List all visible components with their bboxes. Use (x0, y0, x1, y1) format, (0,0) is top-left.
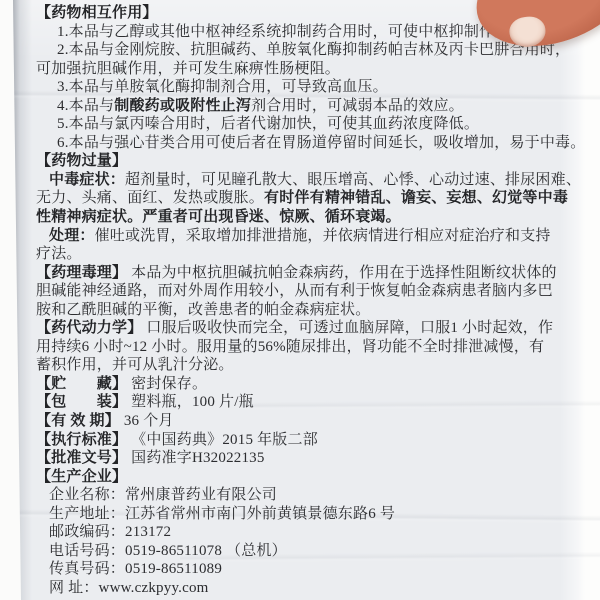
bold-text-segment: 制酸药或吸附性止泻 (114, 98, 251, 114)
bold-text-segment: 性精神病症状。严重者可出现昏迷、惊厥、循环衰竭。 (36, 209, 401, 225)
text-segment: 疗法。 (36, 246, 82, 262)
text-segment: 网 址：www.czkpyy.com (49, 580, 209, 596)
text-line: 【批准文号】 国药准字H32022135 (36, 449, 576, 468)
text-segment: 用持续6 小时~12 小时。服用量的56%随尿排出，肾功能不全时排泄减慢，有 (36, 339, 544, 355)
text-segment: 生产地址：江苏省常州市南门外前黄镇景德东路6 号 (49, 506, 395, 522)
text-segment: 4.本品与 (57, 98, 114, 114)
text-segment: 密封保存。 (127, 376, 207, 392)
text-line: 性精神病症状。严重者可出现昏迷、惊厥、循环衰竭。 (36, 208, 576, 227)
bold-text-segment: 【药物过量】 (36, 153, 127, 169)
text-line: 用持续6 小时~12 小时。服用量的56%随尿排出，肾功能不全时排泄减慢，有 (36, 338, 576, 357)
text-line: 疗法。 (36, 245, 576, 264)
text-segment: 电话号码：0519-86511078 （总机） (49, 543, 287, 559)
text-line: 生产地址：江苏省常州市南门外前黄镇景德东路6 号 (36, 505, 576, 524)
text-line: 【包 装】 塑料瓶，100 片/瓶 (36, 393, 576, 412)
text-line: 电话号码：0519-86511078 （总机） (36, 542, 576, 561)
text-line: 【有 效 期】 36 个月 (36, 412, 576, 431)
leaflet-text: 【药物相互作用】1.本品与乙醇或其他中枢神经系统抑制药合用时，可使中枢抑制作用加… (36, 4, 576, 598)
text-line: 胺和乙酰胆碱的平衡，改善患者的帕金森病症状。 (36, 301, 576, 320)
text-line: 4.本品与制酸药或吸附性止泻剂合用时，可减弱本品的效应。 (36, 97, 576, 116)
bold-text-segment: 【生产企业】 (36, 469, 127, 485)
text-line: 【药代动力学】 口服后吸收快而完全，可透过血脑屏障，口服1 小时起效，作 (36, 319, 576, 338)
text-segment: 无力、头痛、面红、发热或腹胀。 (36, 190, 264, 206)
bold-text-segment: 【药代动力学】 (36, 320, 142, 336)
text-line: 企业名称：常州康普药业有限公司 (36, 486, 576, 505)
bold-text-segment: 【贮 藏】 (36, 376, 127, 392)
text-line: 3.本品与单胺氧化酶抑制剂合用，可导致高血压。 (36, 78, 576, 97)
text-segment: 邮政编码：213172 (49, 524, 171, 540)
bold-text-segment: 【药理毒理】 (36, 265, 127, 281)
text-line: 可加强抗胆碱作用，并可发生麻痹性肠梗阻。 (36, 60, 576, 79)
text-line: 【药理毒理】 本品为中枢抗胆碱抗帕金森病药，作用在于选择性阻断纹状体的 (36, 264, 576, 283)
text-segment: 胆碱能神经通路，而对外周作用较小，从而有利于恢复帕金森病患者脑内多巴 (36, 283, 553, 299)
fingernail (508, 15, 547, 49)
text-line: 【执行标准】 《中国药典》2015 年版二部 (36, 431, 576, 450)
text-segment: 5.本品与氯丙嗪合用时，后者代谢加快，可使其血药浓度降低。 (57, 116, 479, 132)
text-line: 5.本品与氯丙嗪合用时，后者代谢加快，可使其血药浓度降低。 (36, 115, 576, 134)
text-segment: 36 个月 (120, 413, 174, 429)
leaflet-paper: 【药物相互作用】1.本品与乙醇或其他中枢神经系统抑制药合用时，可使中枢抑制作用加… (0, 0, 600, 600)
text-line: 胆碱能神经通路，而对外周作用较小，从而有利于恢复帕金森病患者脑内多巴 (36, 282, 576, 301)
text-segment: 国药准字H32022135 (127, 450, 264, 466)
text-segment: 塑料瓶，100 片/瓶 (127, 394, 254, 410)
text-segment: 2.本品与金刚烷胺、抗胆碱药、单胺氧化酶抑制药帕吉林及丙卡巴肼合用时， (57, 42, 570, 58)
text-line: 【贮 藏】 密封保存。 (36, 375, 576, 394)
text-line: 传真号码：0519-86511089 (36, 560, 576, 579)
text-segment: 口服后吸收快而完全，可透过血脑屏障，口服1 小时起效，作 (142, 320, 553, 336)
bold-text-segment: 【批准文号】 (36, 450, 127, 466)
text-line: 无力、头痛、面红、发热或腹胀。有时伴有精神错乱、谵妄、妄想、幻觉等中毒 (36, 189, 576, 208)
text-line: 【生产企业】 (36, 468, 576, 487)
bold-text-segment: 【执行标准】 (36, 432, 127, 448)
text-segment: 传真号码：0519-86511089 (49, 561, 222, 577)
text-segment: 本品为中枢抗胆碱抗帕金森病药，作用在于选择性阻断纹状体的 (127, 265, 557, 281)
bold-text-segment: 【包 装】 (36, 394, 127, 410)
text-segment: 3.本品与单胺氧化酶抑制剂合用，可导致高血压。 (57, 79, 388, 95)
text-line: 2.本品与金刚烷胺、抗胆碱药、单胺氧化酶抑制药帕吉林及丙卡巴肼合用时， (36, 41, 576, 60)
text-segment: 《中国药典》2015 年版二部 (127, 432, 318, 448)
text-segment: 胺和乙酰胆碱的平衡，改善患者的帕金森病症状。 (36, 302, 370, 318)
text-segment: 可加强抗胆碱作用，并可发生麻痹性肠梗阻。 (36, 61, 340, 77)
bold-text-segment: 【有 效 期】 (36, 413, 120, 429)
text-line: 6.本品与强心苷类合用可使后者在胃肠道停留时间延长，吸收增加，易于中毒。 (36, 134, 576, 153)
text-segment: 6.本品与强心苷类合用可使后者在胃肠道停留时间延长，吸收增加，易于中毒。 (57, 135, 585, 151)
text-line: 网 址：www.czkpyy.com (36, 579, 576, 598)
text-segment: 催吐或洗胃，采取增加排泄措施，并依病情进行相应对症治疗和支持 (95, 228, 551, 244)
text-line: 邮政编码：213172 (36, 523, 576, 542)
bold-text-segment: 中毒症状： (49, 172, 125, 188)
text-segment: 蓄积作用，并可从乳汁分泌。 (36, 357, 234, 373)
text-line: 【药物过量】 (36, 152, 576, 171)
text-line: 蓄积作用，并可从乳汁分泌。 (36, 356, 576, 375)
text-segment: 企业名称：常州康普药业有限公司 (49, 487, 277, 503)
bold-text-segment: 【药物相互作用】 (36, 5, 158, 21)
text-line: 处理：催吐或洗胃，采取增加排泄措施，并依病情进行相应对症治疗和支持 (36, 227, 576, 246)
bold-text-segment: 有时伴有精神错乱、谵妄、妄想、幻觉等中毒 (264, 190, 568, 206)
text-segment: 超剂量时，可见瞳孔散大、眼压增高、心悸、心动过速、排尿困难、 (125, 172, 581, 188)
bold-text-segment: 处理： (49, 228, 95, 244)
text-segment: 1.本品与乙醇或其他中枢神经系统抑制药合用时，可使中枢抑制作用加强。 (57, 24, 555, 40)
text-line: 中毒症状：超剂量时，可见瞳孔散大、眼压增高、心悸、心动过速、排尿困难、 (36, 171, 576, 190)
photo-backdrop: 【药物相互作用】1.本品与乙醇或其他中枢神经系统抑制药合用时，可使中枢抑制作用加… (0, 0, 600, 600)
text-segment: 剂合用时，可减弱本品的效应。 (251, 98, 464, 114)
